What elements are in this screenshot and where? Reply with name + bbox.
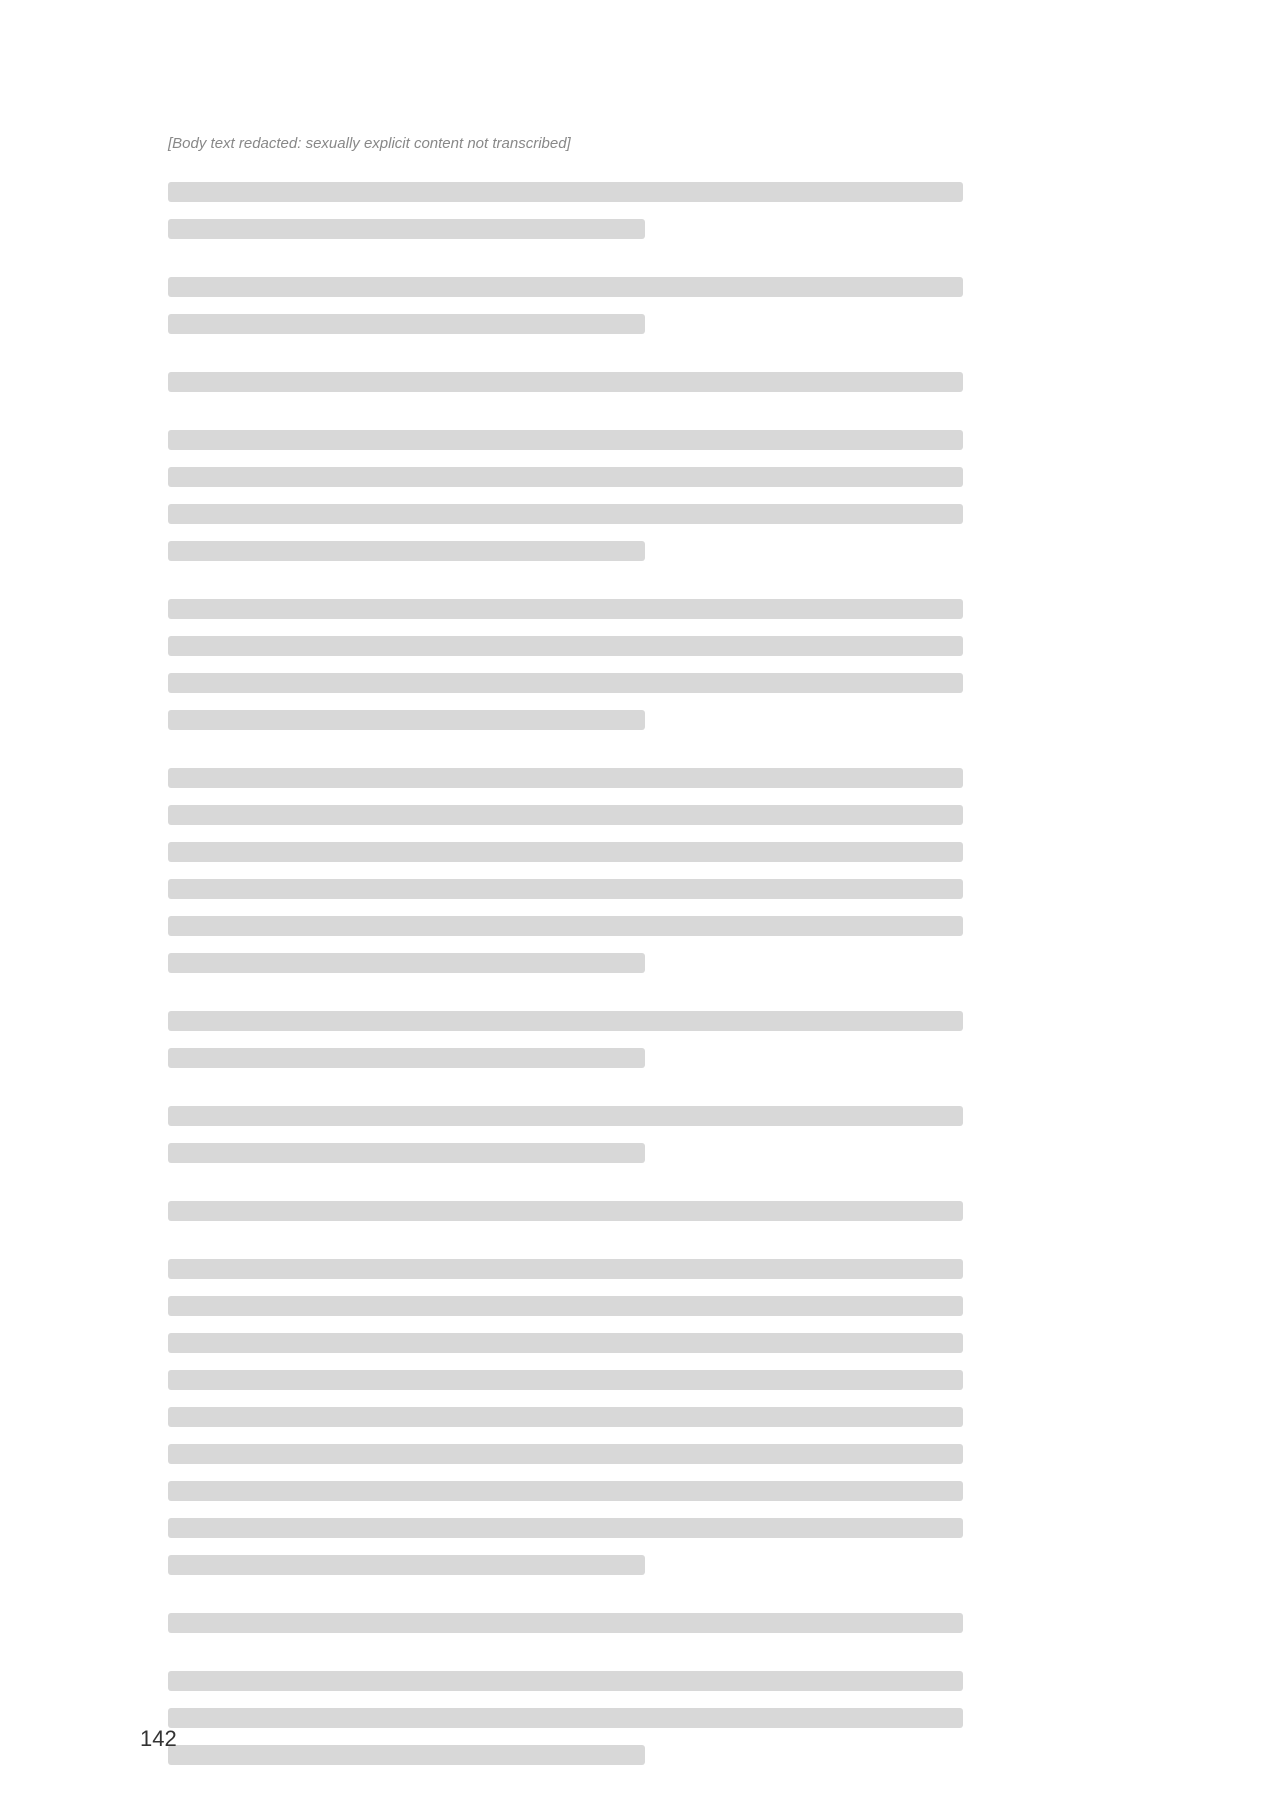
redacted-paragraphs — [168, 182, 963, 1765]
redacted-text-line — [168, 1481, 963, 1501]
redacted-text-line — [168, 842, 963, 862]
redacted-text-line — [168, 1671, 963, 1691]
redacted-text-line — [168, 1555, 645, 1575]
redaction-notice: [Body text redacted: sexually explicit c… — [168, 135, 963, 152]
redacted-text-line — [168, 1048, 645, 1068]
redacted-text-line — [168, 541, 645, 561]
redacted-paragraph — [168, 1201, 963, 1221]
redacted-text-line — [168, 1518, 963, 1538]
redacted-text-line — [168, 1745, 645, 1765]
redacted-paragraph — [168, 768, 963, 973]
redacted-paragraph — [168, 1259, 963, 1575]
redacted-text-line — [168, 710, 645, 730]
redacted-text-line — [168, 314, 645, 334]
redacted-text-line — [168, 1444, 963, 1464]
redacted-text-line — [168, 277, 963, 297]
redacted-text-line — [168, 673, 963, 693]
redacted-paragraph — [168, 372, 963, 392]
redacted-text-line — [168, 1407, 963, 1427]
redacted-text-line — [168, 430, 963, 450]
redacted-text-line — [168, 916, 963, 936]
redacted-text-line — [168, 1333, 963, 1353]
redacted-text-line — [168, 1370, 963, 1390]
redacted-text-line — [168, 1296, 963, 1316]
redacted-text-line — [168, 372, 963, 392]
redacted-paragraph — [168, 1106, 963, 1163]
redacted-paragraph — [168, 182, 963, 239]
redacted-text-line — [168, 182, 963, 202]
redacted-paragraph — [168, 1011, 963, 1068]
redacted-paragraph — [168, 1613, 963, 1633]
redacted-text-line — [168, 879, 963, 899]
redacted-text-line — [168, 636, 963, 656]
redacted-paragraph — [168, 599, 963, 730]
redacted-text-line — [168, 504, 963, 524]
redacted-text-line — [168, 1613, 963, 1633]
redacted-text-line — [168, 1708, 963, 1728]
document-page: [Body text redacted: sexually explicit c… — [0, 0, 1280, 1810]
redacted-text-line — [168, 1259, 963, 1279]
redacted-text-line — [168, 1143, 645, 1163]
redacted-text-line — [168, 1011, 963, 1031]
redacted-paragraph — [168, 430, 963, 561]
redacted-text-line — [168, 768, 963, 788]
redacted-text-line — [168, 467, 963, 487]
redacted-paragraph — [168, 1671, 963, 1765]
text-block: [Body text redacted: sexually explicit c… — [168, 135, 963, 1803]
redacted-text-line — [168, 805, 963, 825]
page-number: 142 — [140, 1726, 177, 1752]
redacted-paragraph — [168, 277, 963, 334]
redacted-text-line — [168, 219, 645, 239]
redacted-text-line — [168, 1201, 963, 1221]
redacted-text-line — [168, 953, 645, 973]
redacted-text-line — [168, 599, 963, 619]
redacted-text-line — [168, 1106, 963, 1126]
